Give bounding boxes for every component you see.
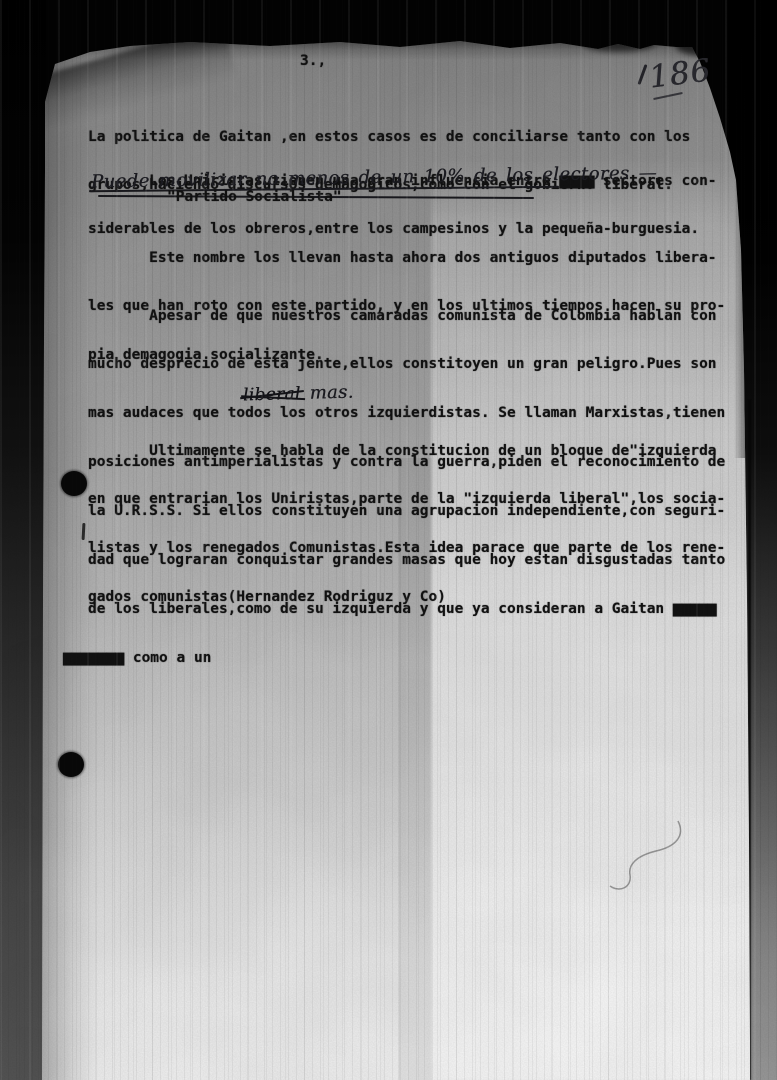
typed-line: Ultimamente se habla de la constitucion … (88, 443, 725, 459)
paragraph-left-bloc: Ultimamente se habla de la constitucion … (88, 410, 725, 638)
handwritten-folio-number: 186 (647, 52, 713, 95)
hole-punch-bottom (58, 752, 84, 777)
typed-line: listas y los renegados Comunistas.Esta i… (88, 540, 725, 556)
typed-page-number: 3., (300, 53, 326, 69)
section-heading-partido-socialista: "Partido Socialista" (167, 189, 342, 205)
scanner-background-left (0, 0, 46, 1080)
handwritten-word: mas. (309, 382, 354, 404)
typed-line: ▆▆▆▆▆▆▆ como a un (63, 650, 725, 666)
typed-line: en que entrarian los Uniristas,parte de … (88, 491, 725, 507)
hole-punch-top (61, 471, 87, 496)
paper-fiber-squiggle (600, 815, 710, 910)
crossed-out-word: liberal (243, 384, 301, 406)
typed-line: mucho desprecio de esta jente,ellos cons… (88, 356, 725, 372)
handwritten-correction: liberalmas. (243, 382, 354, 406)
scanned-document-page: 3., 186 La politica de Gaitan ,en estos … (0, 0, 777, 1080)
typed-line: gados comunistas(Hernandez Rodriguz y Co… (88, 589, 725, 605)
typed-line: Apesar de que nuestros camaradas comunis… (88, 308, 725, 324)
top-edge-blot (582, 34, 656, 52)
typed-line: Este nombre los llevan hasta ahora dos a… (88, 250, 725, 266)
